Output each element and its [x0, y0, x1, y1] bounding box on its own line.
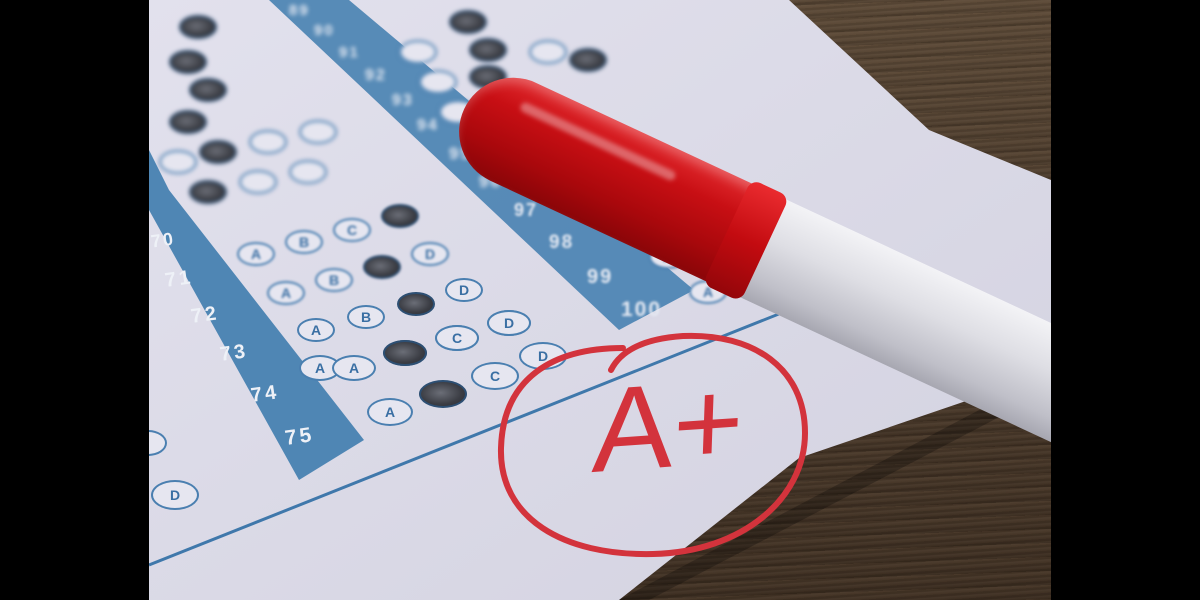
question-number: 91: [339, 44, 360, 61]
bubble[interactable]: [289, 160, 327, 184]
question-number: 72: [190, 302, 221, 329]
question-number: 100: [621, 298, 662, 322]
answer-sheet: 70 71 72 73 74 75 89 90 91 92 93 94 95 9…: [149, 0, 1051, 600]
bubble-A[interactable]: A: [237, 242, 275, 266]
bubble-B[interactable]: B: [347, 305, 385, 329]
question-number: 73: [219, 340, 250, 367]
question-number: 98: [549, 232, 574, 254]
bubble[interactable]: [419, 70, 457, 94]
bubble-A[interactable]: A: [332, 355, 376, 381]
question-number: 70: [150, 228, 177, 252]
question-number: 71: [164, 266, 195, 293]
grade-mark: A+: [493, 328, 811, 558]
bubble-C[interactable]: C: [333, 218, 371, 242]
question-number: 99: [587, 266, 613, 289]
bubble-filled[interactable]: [569, 48, 607, 72]
question-number: 75: [283, 423, 315, 451]
bubble-filled[interactable]: [189, 78, 227, 102]
bubble-filled[interactable]: [169, 50, 207, 74]
bubble[interactable]: [249, 130, 287, 154]
question-number: 93: [392, 92, 414, 110]
question-number: 90: [314, 22, 335, 39]
bubble-B[interactable]: B: [315, 268, 353, 292]
question-number: 74: [250, 381, 281, 408]
grade-label: A+: [591, 361, 746, 491]
photo: 70 71 72 73 74 75 89 90 91 92 93 94 95 9…: [149, 0, 1051, 600]
bubble-A[interactable]: A: [367, 398, 413, 426]
bubble-D[interactable]: D: [411, 242, 449, 266]
bubble[interactable]: [529, 40, 567, 64]
bubble-A[interactable]: A: [297, 318, 335, 342]
question-number: 89: [289, 2, 310, 19]
bubble-filled[interactable]: [199, 140, 237, 164]
bubble[interactable]: [399, 40, 437, 64]
bubble-C[interactable]: C: [435, 325, 479, 351]
bubble-A[interactable]: A: [267, 281, 305, 305]
question-number: 94: [417, 117, 439, 135]
bubble[interactable]: [239, 170, 277, 194]
bubble[interactable]: [299, 120, 337, 144]
question-number: 97: [514, 200, 538, 221]
bubble-D[interactable]: D: [445, 278, 483, 302]
bubble-C-filled[interactable]: [363, 255, 401, 279]
bubble-D[interactable]: D: [151, 480, 199, 510]
bubble-C-filled[interactable]: [397, 292, 435, 316]
bubble-B-filled[interactable]: [419, 380, 467, 408]
bubble-D-filled[interactable]: [381, 204, 419, 228]
bubble-filled[interactable]: [449, 10, 487, 34]
bubble-B-filled[interactable]: [383, 340, 427, 366]
bubble-filled[interactable]: [179, 15, 217, 39]
bubble[interactable]: [159, 150, 197, 174]
question-number: 92: [365, 67, 387, 85]
bubble-filled[interactable]: [189, 180, 227, 204]
bubble-filled[interactable]: [469, 38, 507, 62]
bubble-B[interactable]: B: [285, 230, 323, 254]
bubble-filled[interactable]: [169, 110, 207, 134]
